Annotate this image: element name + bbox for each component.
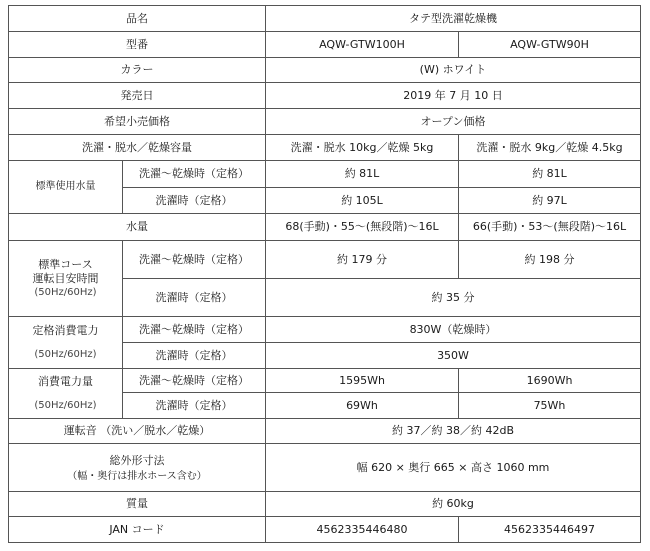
row-run-time-dry: 標準コース 運転目安時間 (50Hz/60Hz) 洗濯～乾燥時（定格） 約 17…: [9, 241, 641, 279]
value-water-usage-wash-90h: 約 97L: [459, 188, 641, 214]
value-dimensions: 幅 620 × 奥行 665 × 高さ 1060 mm: [266, 444, 641, 492]
label-product-name: 品名: [9, 6, 266, 32]
row-water-level: 水量 68(手動)・55～(無段階)～16L 66(手動)・53～(無段階)～1…: [9, 214, 641, 241]
label-price: 希望小売価格: [9, 109, 266, 135]
label-noise: 運転音 （洗い／脱水／乾燥）: [9, 419, 266, 444]
sublabel-water-usage-dry: 洗濯～乾燥時（定格）: [123, 161, 266, 188]
label-capacity: 洗濯・脱水／乾燥容量: [9, 135, 266, 161]
row-dimensions: 総外形寸法 （幅・奥行は排水ホース含む） 幅 620 × 奥行 665 × 高さ…: [9, 444, 641, 492]
value-water-level-90h: 66(手動)・53～(無段階)～16L: [459, 214, 641, 241]
value-water-level-100h: 68(手動)・55～(無段階)～16L: [266, 214, 459, 241]
label-color: カラー: [9, 58, 266, 83]
label-weight: 質量: [9, 492, 266, 517]
sublabel-rated-power-wash: 洗濯時（定格）: [123, 343, 266, 369]
value-model-100h: AQW-GTW100H: [266, 32, 459, 58]
value-capacity-90h: 洗濯・脱水 9kg／乾燥 4.5kg: [459, 135, 641, 161]
label-run-time-line1: 標準コース: [11, 258, 120, 272]
value-price: オープン価格: [266, 109, 641, 135]
value-noise: 約 37／約 38／約 42dB: [266, 419, 641, 444]
value-energy-dry-90h: 1690Wh: [459, 369, 641, 393]
value-water-usage-dry-90h: 約 81L: [459, 161, 641, 188]
label-dimensions-note: （幅・奥行は排水ホース含む）: [11, 470, 263, 484]
value-release-date: 2019 年 7 月 10 日: [266, 83, 641, 109]
value-energy-dry-100h: 1595Wh: [266, 369, 459, 393]
label-rated-power-main: 定格消費電力: [11, 319, 120, 343]
row-energy-dry: 消費電力量 (50Hz/60Hz) 洗濯～乾燥時（定格） 1595Wh 1690…: [9, 369, 641, 393]
spec-table: 品名 タテ型洗濯乾燥機 型番 AQW-GTW100H AQW-GTW90H カラ…: [8, 5, 641, 543]
row-rated-power-dry: 定格消費電力 (50Hz/60Hz) 洗濯～乾燥時（定格） 830W（乾燥時）: [9, 317, 641, 343]
value-weight: 約 60kg: [266, 492, 641, 517]
label-water-level: 水量: [9, 214, 266, 241]
value-water-usage-dry-100h: 約 81L: [266, 161, 459, 188]
row-water-usage-dry: 標準使用水量 洗濯～乾燥時（定格） 約 81L 約 81L: [9, 161, 641, 188]
label-model: 型番: [9, 32, 266, 58]
value-water-usage-wash-100h: 約 105L: [266, 188, 459, 214]
row-weight: 質量 約 60kg: [9, 492, 641, 517]
sublabel-energy-wash: 洗濯時（定格）: [123, 393, 266, 419]
value-run-time-wash: 約 35 分: [266, 279, 641, 317]
label-energy: 消費電力量 (50Hz/60Hz): [9, 369, 123, 419]
label-energy-main: 消費電力量: [11, 370, 120, 394]
value-jan-100h: 4562335446480: [266, 517, 459, 543]
row-noise: 運転音 （洗い／脱水／乾燥） 約 37／約 38／約 42dB: [9, 419, 641, 444]
label-run-time-hz: (50Hz/60Hz): [11, 286, 120, 300]
label-release-date: 発売日: [9, 83, 266, 109]
sublabel-water-usage-wash: 洗濯時（定格）: [123, 188, 266, 214]
row-price: 希望小売価格 オープン価格: [9, 109, 641, 135]
row-jan: JAN コード 4562335446480 4562335446497: [9, 517, 641, 543]
value-rated-power-wash: 350W: [266, 343, 641, 369]
row-release-date: 発売日 2019 年 7 月 10 日: [9, 83, 641, 109]
value-capacity-100h: 洗濯・脱水 10kg／乾燥 5kg: [266, 135, 459, 161]
value-energy-wash-100h: 69Wh: [266, 393, 459, 419]
value-model-90h: AQW-GTW90H: [459, 32, 641, 58]
sublabel-rated-power-dry: 洗濯～乾燥時（定格）: [123, 317, 266, 343]
value-rated-power-dry: 830W（乾燥時）: [266, 317, 641, 343]
row-model: 型番 AQW-GTW100H AQW-GTW90H: [9, 32, 641, 58]
label-dimensions-main: 総外形寸法: [11, 452, 263, 470]
label-run-time-line2: 運転目安時間: [11, 272, 120, 286]
value-jan-90h: 4562335446497: [459, 517, 641, 543]
label-rated-power-hz: (50Hz/60Hz): [11, 343, 120, 367]
value-run-time-dry-90h: 約 198 分: [459, 241, 641, 279]
value-run-time-dry-100h: 約 179 分: [266, 241, 459, 279]
sublabel-energy-dry: 洗濯～乾燥時（定格）: [123, 369, 266, 393]
sublabel-run-time-dry: 洗濯～乾燥時（定格）: [123, 241, 266, 279]
label-run-time: 標準コース 運転目安時間 (50Hz/60Hz): [9, 241, 123, 317]
value-color: (W) ホワイト: [266, 58, 641, 83]
label-dimensions: 総外形寸法 （幅・奥行は排水ホース含む）: [9, 444, 266, 492]
value-product-name: タテ型洗濯乾燥機: [266, 6, 641, 32]
row-capacity: 洗濯・脱水／乾燥容量 洗濯・脱水 10kg／乾燥 5kg 洗濯・脱水 9kg／乾…: [9, 135, 641, 161]
label-rated-power: 定格消費電力 (50Hz/60Hz): [9, 317, 123, 369]
label-energy-hz: (50Hz/60Hz): [11, 394, 120, 418]
row-color: カラー (W) ホワイト: [9, 58, 641, 83]
label-jan: JAN コード: [9, 517, 266, 543]
sublabel-run-time-wash: 洗濯時（定格）: [123, 279, 266, 317]
row-product-name: 品名 タテ型洗濯乾燥機: [9, 6, 641, 32]
label-water-usage: 標準使用水量: [9, 161, 123, 214]
value-energy-wash-90h: 75Wh: [459, 393, 641, 419]
